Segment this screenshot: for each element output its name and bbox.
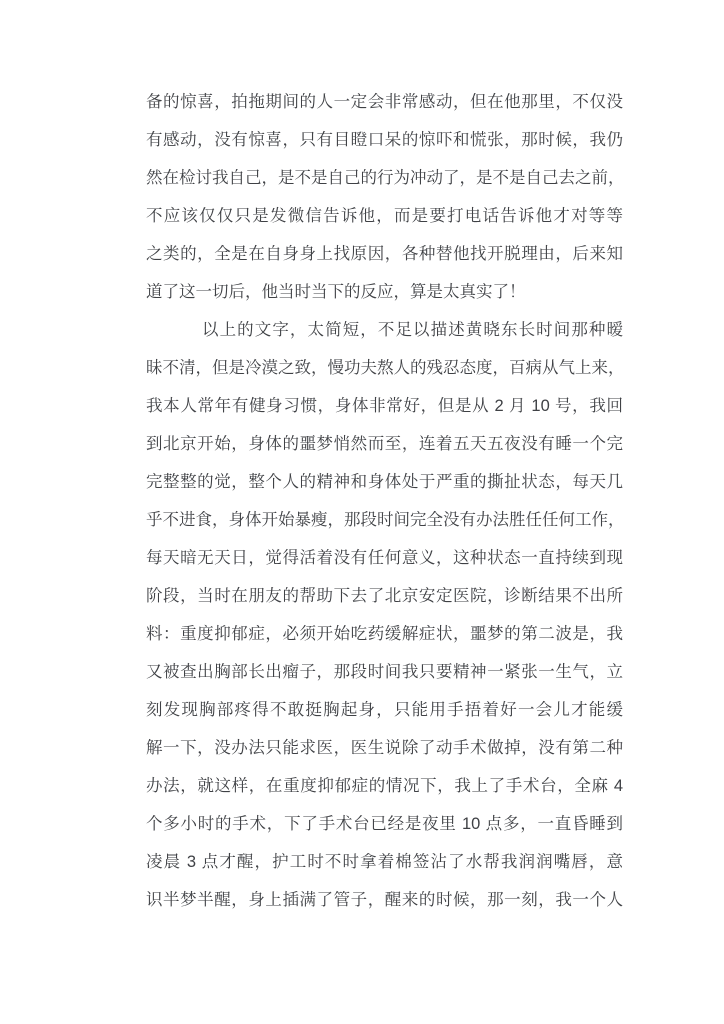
text-line: 道了这一切后，他当时当下的反应，算是太真实了！ — [146, 273, 623, 311]
text-line: 凌晨 3 点才醒，护工时不时拿着棉签沾了水帮我润润嘴唇，意 — [146, 843, 623, 881]
text-line: 我本人常年有健身习惯，身体非常好，但是从 2 月 10 号，我回 — [146, 387, 623, 425]
text-line: 然在检讨我自己，是不是自己的行为冲动了，是不是自己去之前， — [146, 159, 623, 197]
text-line: 料：重度抑郁症，必须开始吃药缓解症状，噩梦的第二波是，我 — [146, 615, 623, 653]
document-text-block: 备的惊喜，拍拖期间的人一定会非常感动，但在他那里，不仅没 有感动，没有惊喜，只有… — [146, 83, 623, 919]
text-line: 解一下，没办法只能求医，医生说除了动手术做掉，没有第二种 — [146, 729, 623, 767]
text-line: 又被查出胸部长出瘤子，那段时间我只要精神一紧张一生气，立 — [146, 653, 623, 691]
text-line: 完整整的觉，整个人的精神和身体处于严重的撕扯状态，每天几 — [146, 463, 623, 501]
text-line: 每天暗无天日，觉得活着没有任何意义，这种状态一直持续到现 — [146, 539, 623, 577]
text-line: 刻发现胸部疼得不敢挺胸起身，只能用手捂着好一会儿才能缓 — [146, 691, 623, 729]
document-page: 备的惊喜，拍拖期间的人一定会非常感动，但在他那里，不仅没 有感动，没有惊喜，只有… — [0, 0, 724, 1024]
text-line: 识半梦半醒，身上插满了管子，醒来的时候，那一刻，我一个人 — [146, 881, 623, 919]
paragraph: 备的惊喜，拍拖期间的人一定会非常感动，但在他那里，不仅没 有感动，没有惊喜，只有… — [146, 83, 623, 311]
text-line: 之类的，全是在自身身上找原因，各种替他找开脱理由，后来知 — [146, 235, 623, 273]
text-line: 有感动，没有惊喜，只有目瞪口呆的惊吓和慌张，那时候，我仍 — [146, 121, 623, 159]
text-line: 办法，就这样，在重度抑郁症的情况下，我上了手术台，全麻 4 — [146, 767, 623, 805]
text-line: 个多小时的手术，下了手术台已经是夜里 10 点多，一直昏睡到 — [146, 805, 623, 843]
text-line: 昧不清，但是冷漠之致，慢功夫熬人的残忍态度，百病从气上来， — [146, 349, 623, 387]
text-line: 备的惊喜，拍拖期间的人一定会非常感动，但在他那里，不仅没 — [146, 83, 623, 121]
text-line: 不应该仅仅只是发微信告诉他，而是要打电话告诉他才对等等 — [146, 197, 623, 235]
paragraph: 以上的文字，太简短，不足以描述黄晓东长时间那种暧 昧不清，但是冷漠之致，慢功夫熬… — [146, 311, 623, 919]
text-line: 到北京开始，身体的噩梦悄然而至，连着五天五夜没有睡一个完 — [146, 425, 623, 463]
text-line: 以上的文字，太简短，不足以描述黄晓东长时间那种暧 — [146, 311, 623, 349]
text-line: 乎不进食，身体开始暴瘦，那段时间完全没有办法胜任任何工作， — [146, 501, 623, 539]
text-line: 阶段，当时在朋友的帮助下去了北京安定医院，诊断结果不出所 — [146, 577, 623, 615]
